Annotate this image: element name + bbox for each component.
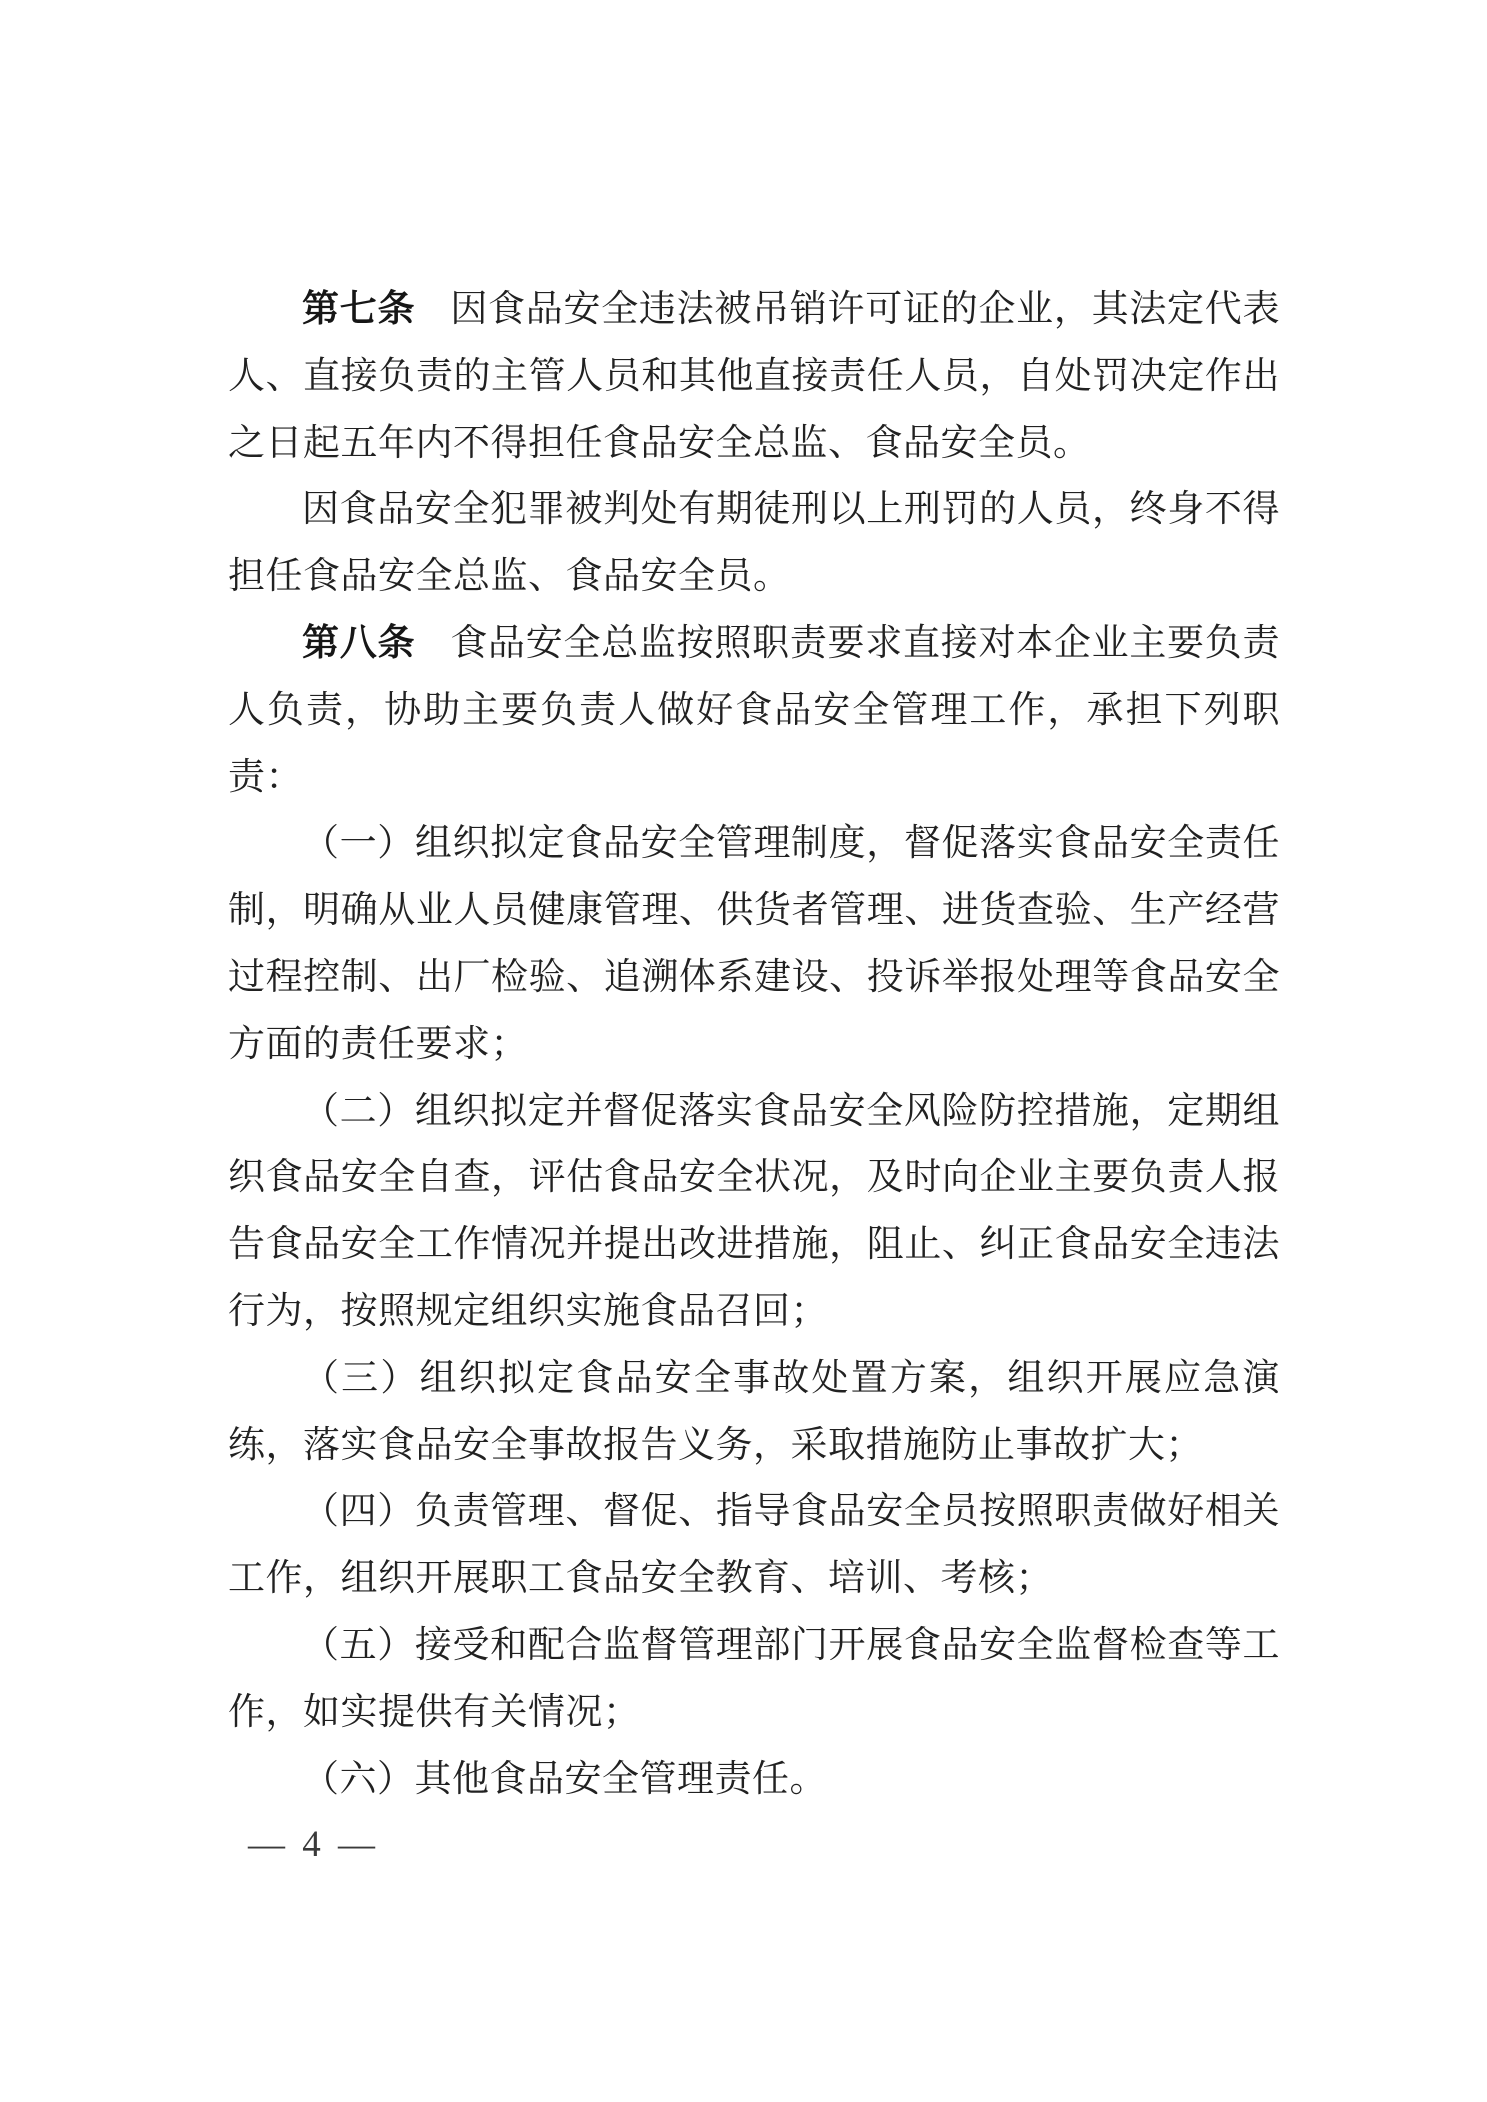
para-duty-6: （六）其他食品安全管理责任。 xyxy=(228,1747,1280,1814)
article-8-label: 第八条 xyxy=(302,623,415,664)
para-duty-2: （二）组织拟定并督促落实食品安全风险防控措施，定期组织食品安全自查，评估食品安全… xyxy=(228,1079,1280,1346)
para-duty-5: （五）接受和配合监督管理部门开展食品安全监督检查等工作，如实提供有关情况； xyxy=(228,1613,1280,1747)
article-7-continued-text: 因食品安全犯罪被判处有期徒刑以上刑罚的人员，终身不得担任食品安全总监、食品安全员… xyxy=(228,489,1280,597)
duty-2-text: （二）组织拟定并督促落实食品安全风险防控措施，定期组织食品安全自查，评估食品安全… xyxy=(228,1091,1280,1332)
page-number: — 4 — xyxy=(248,1815,379,1875)
duty-3-text: （三）组织拟定食品安全事故处置方案，组织开展应急演练，落实食品安全事故报告义务，… xyxy=(228,1358,1280,1466)
article-7-label: 第七条 xyxy=(302,289,415,330)
para-article-7: 第七条因食品安全违法被吊销许可证的企业，其法定代表人、直接负责的主管人员和其他直… xyxy=(228,277,1280,477)
duty-1-text: （一）组织拟定食品安全管理制度，督促落实食品安全责任制，明确从业人员健康管理、供… xyxy=(228,823,1280,1064)
duty-6-text: （六）其他食品安全管理责任。 xyxy=(302,1759,827,1800)
para-article-7-continued: 因食品安全犯罪被判处有期徒刑以上刑罚的人员，终身不得担任食品安全总监、食品安全员… xyxy=(228,477,1280,611)
duty-4-text: （四）负责管理、督促、指导食品安全员按照职责做好相关工作，组织开展职工食品安全教… xyxy=(228,1491,1280,1599)
duty-5-text: （五）接受和配合监督管理部门开展食品安全监督检查等工作，如实提供有关情况； xyxy=(228,1625,1280,1733)
para-duty-4: （四）负责管理、督促、指导食品安全员按照职责做好相关工作，组织开展职工食品安全教… xyxy=(228,1479,1280,1613)
para-article-8: 第八条食品安全总监按照职责要求直接对本企业主要负责人负责，协助主要负责人做好食品… xyxy=(228,611,1280,811)
document-body: 第七条因食品安全违法被吊销许可证的企业，其法定代表人、直接负责的主管人员和其他直… xyxy=(228,277,1280,1813)
para-duty-3: （三）组织拟定食品安全事故处置方案，组织开展应急演练，落实食品安全事故报告义务，… xyxy=(228,1346,1280,1480)
para-duty-1: （一）组织拟定食品安全管理制度，督促落实食品安全责任制，明确从业人员健康管理、供… xyxy=(228,811,1280,1078)
document-page: 第七条因食品安全违法被吊销许可证的企业，其法定代表人、直接负责的主管人员和其他直… xyxy=(0,0,1487,2102)
